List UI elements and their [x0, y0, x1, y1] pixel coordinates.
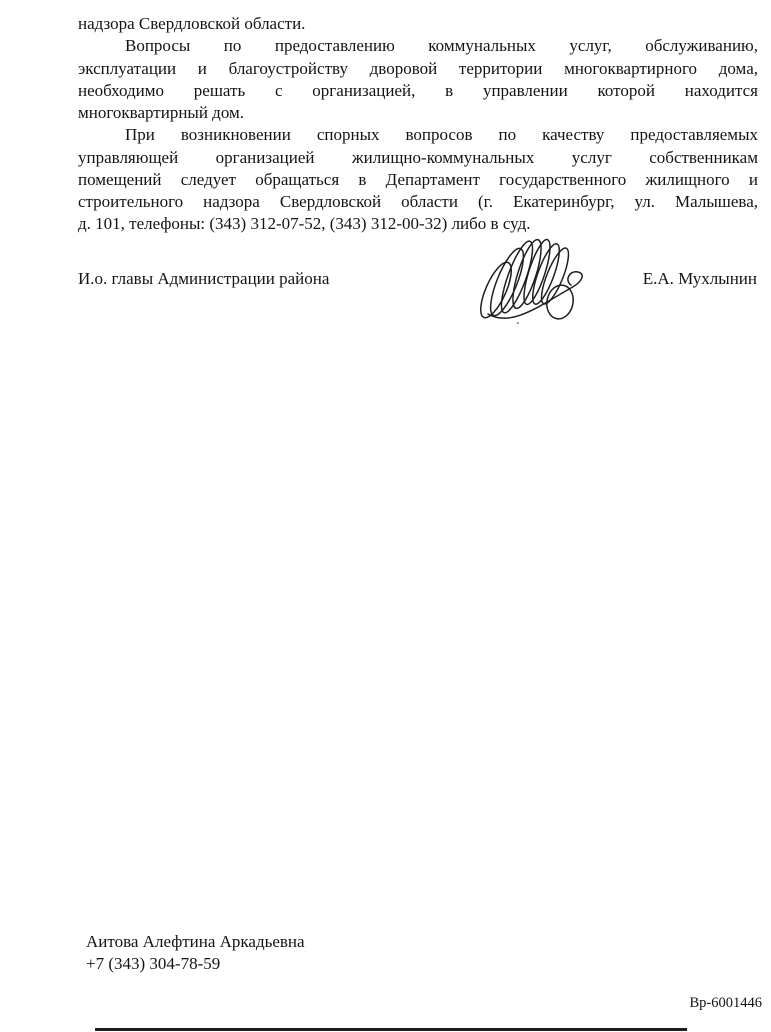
- executor-contact: Аитова Алефтина Аркадьевна +7 (343) 304-…: [86, 931, 305, 976]
- executor-name: Аитова Алефтина Аркадьевна: [86, 931, 305, 953]
- signature-block: И.о. главы Администрации района Е.А. Мух…: [78, 268, 757, 290]
- document-number: Вр-6001446: [690, 994, 763, 1012]
- document-line: необходимо решать с организацией, в упра…: [78, 80, 758, 102]
- document-line: надзора Свердловской области.: [78, 13, 758, 35]
- executor-phone: +7 (343) 304-78-59: [86, 953, 305, 975]
- document-line: многоквартирный дом.: [78, 102, 758, 124]
- document-line: Вопросы по предоставлению коммунальных у…: [78, 35, 758, 57]
- document-line: эксплуатации и благоустройству дворовой …: [78, 58, 758, 80]
- document-line: д. 101, телефоны: (343) 312-07-52, (343)…: [78, 213, 758, 235]
- signatory-position: И.о. главы Администрации района: [78, 268, 329, 290]
- document-line: управляющей организацией жилищно-коммуна…: [78, 147, 758, 169]
- document-body: надзора Свердловской области.Вопросы по …: [78, 13, 758, 236]
- handwritten-signature-icon: [474, 230, 592, 330]
- scanned-letter-page: надзора Свердловской области.Вопросы по …: [0, 0, 771, 1032]
- signatory-name: Е.А. Мухлынин: [643, 268, 757, 290]
- document-line: При возникновении спорных вопросов по ка…: [78, 124, 758, 146]
- scan-edge-artifact: [95, 1028, 687, 1031]
- document-line: строительного надзора Свердловской облас…: [78, 191, 758, 213]
- document-line: помещений следует обращаться в Департаме…: [78, 169, 758, 191]
